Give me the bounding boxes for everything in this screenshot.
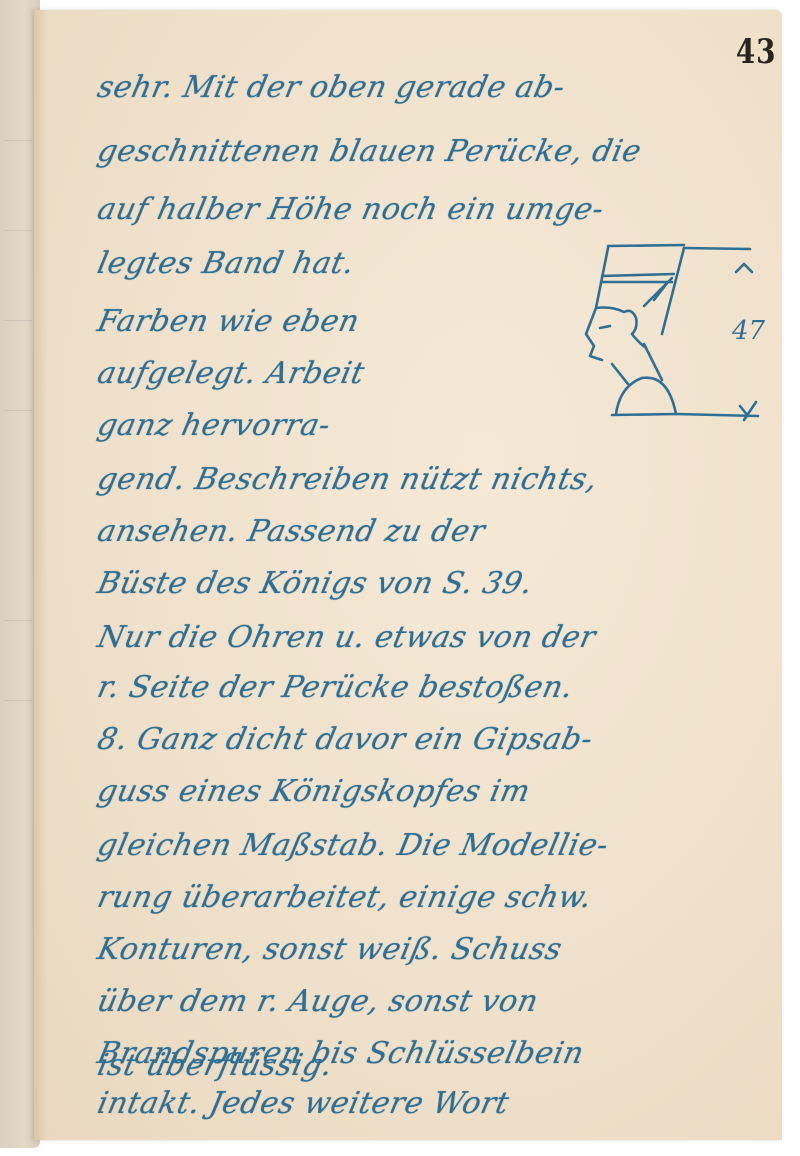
- text-line: auf halber Höhe noch ein umge-: [94, 192, 607, 227]
- text-line: ist überflüssig.: [94, 1048, 336, 1083]
- page-number: 43: [736, 32, 776, 72]
- notebook-page: 43 sehr. Mit der oben gerade ab- geschni…: [34, 10, 782, 1140]
- text-line: guss eines Königskopfes im: [94, 774, 533, 809]
- text-line: rung überarbeitet, einige schw.: [94, 880, 595, 915]
- text-line: ganz hervorra-: [94, 408, 333, 443]
- text-line: Farben wie eben: [94, 304, 362, 339]
- text-line: intakt. Jedes weitere Wort: [94, 1086, 512, 1121]
- text-line: Büste des Königs von S. 39.: [94, 566, 536, 601]
- text-line: geschnittenen blauen Perücke, die: [94, 134, 644, 169]
- text-line: ansehen. Passend zu der: [94, 514, 488, 549]
- text-line: 8. Ganz dicht davor ein Gipsab-: [94, 722, 596, 757]
- notebook-spread: 43 sehr. Mit der oben gerade ab- geschni…: [0, 0, 800, 1156]
- text-line: sehr. Mit der oben gerade ab-: [94, 70, 568, 105]
- text-line: über dem r. Auge, sonst von: [94, 984, 541, 1019]
- text-line: aufgelegt. Arbeit: [94, 356, 368, 391]
- text-line: gend. Beschreiben nützt nichts,: [94, 462, 600, 497]
- text-line: r. Seite der Perücke bestoßen.: [94, 670, 576, 705]
- text-line: legtes Band hat.: [94, 246, 358, 281]
- text-line: Konturen, sonst weiß. Schuss: [94, 932, 565, 967]
- text-line: Nur die Ohren u. etwas von der: [94, 620, 599, 655]
- height-measurement-label: 47: [732, 316, 765, 346]
- bust-sketch: 47: [572, 238, 782, 428]
- text-line: gleichen Maßstab. Die Modellie-: [94, 828, 611, 863]
